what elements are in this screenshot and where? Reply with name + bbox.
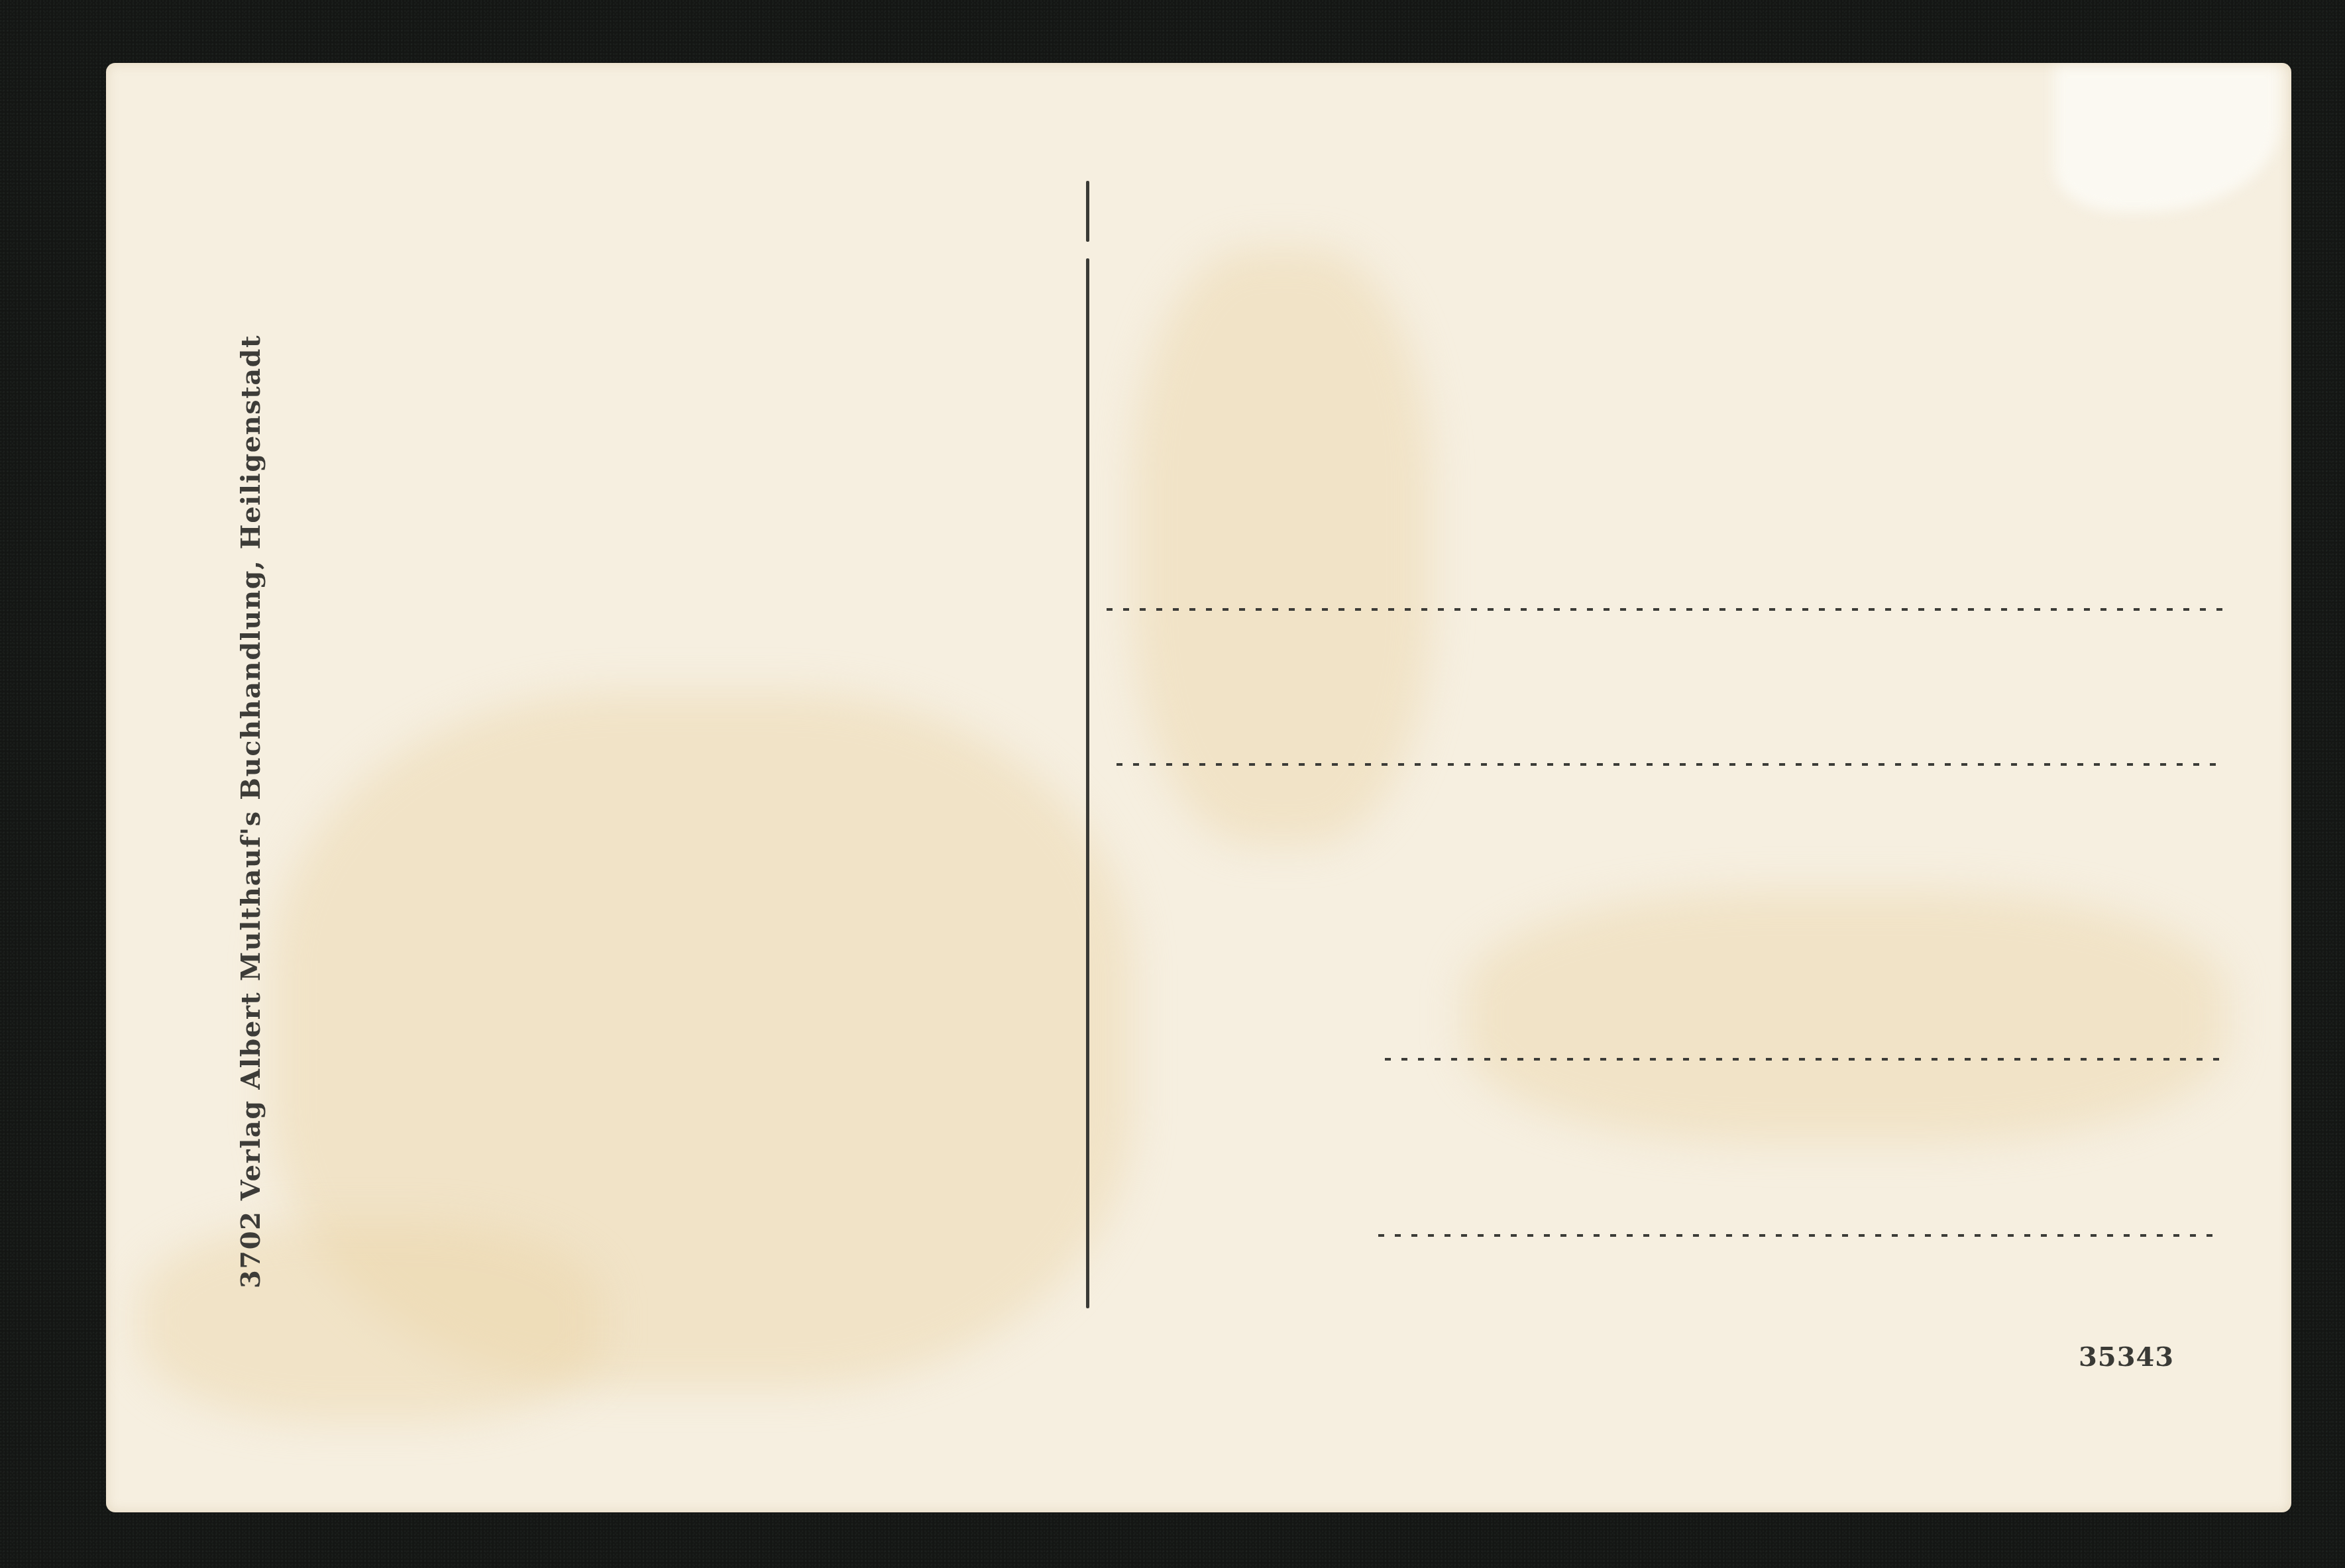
address-line-1 [1107, 608, 2223, 611]
address-line-3 [1385, 1058, 2223, 1061]
divider-line [1086, 258, 1089, 1308]
serial-number: 35343 [2079, 1341, 2174, 1373]
paper-stain [1133, 248, 1431, 845]
paper-stain [139, 1222, 603, 1421]
address-line-4 [1378, 1234, 2216, 1237]
postcard-back: 3702 Verlag Albert Multhauf's Buchhandlu… [106, 63, 2291, 1512]
paper-worn-patch [2054, 66, 2279, 212]
address-line-2 [1117, 763, 2216, 766]
divider-line-top-segment [1086, 181, 1089, 242]
paper-stain [1464, 891, 2226, 1143]
publisher-imprint: 3702 Verlag Albert Multhauf's Buchhandlu… [235, 335, 266, 1288]
